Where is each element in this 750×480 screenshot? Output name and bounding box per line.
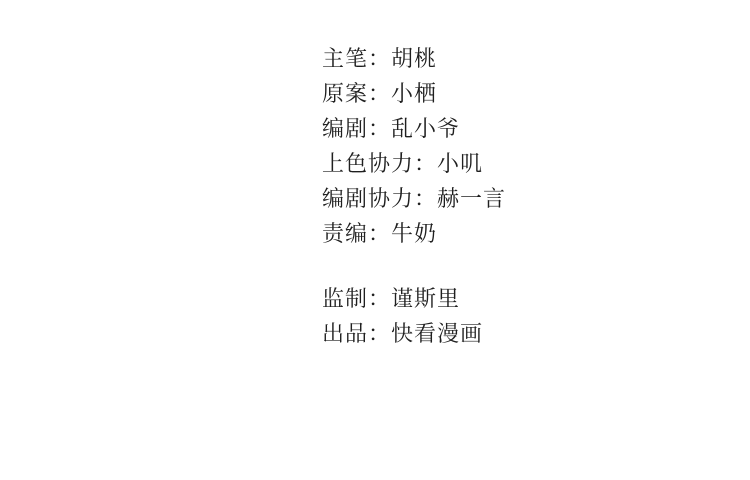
credit-line-supervisor: 监制：谨斯里 — [322, 281, 506, 316]
credit-line-lead-artist: 主笔：胡桃 — [322, 41, 506, 76]
credit-line-editor: 责编：牛奶 — [322, 216, 506, 251]
production-credits-group: 监制：谨斯里 出品：快看漫画 — [322, 281, 506, 351]
credit-line-coloring-assist: 上色协力：小叽 — [322, 146, 506, 181]
credit-line-original-story: 原案：小栖 — [322, 76, 506, 111]
credit-line-screenwriter: 编剧：乱小爷 — [322, 111, 506, 146]
credits-page: 主笔：胡桃 原案：小栖 编剧：乱小爷 上色协力：小叽 编剧协力：赫一言 责编：牛… — [0, 0, 750, 480]
credit-line-publisher: 出品：快看漫画 — [322, 316, 506, 351]
credit-line-script-assist: 编剧协力：赫一言 — [322, 181, 506, 216]
staff-credits-group: 主笔：胡桃 原案：小栖 编剧：乱小爷 上色协力：小叽 编剧协力：赫一言 责编：牛… — [322, 41, 506, 251]
credits-block: 主笔：胡桃 原案：小栖 编剧：乱小爷 上色协力：小叽 编剧协力：赫一言 责编：牛… — [322, 41, 506, 351]
